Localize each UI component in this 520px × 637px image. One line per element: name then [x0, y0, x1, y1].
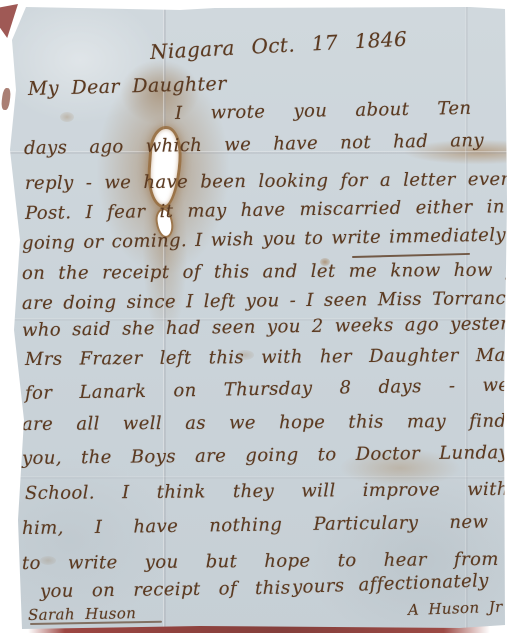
letter-line: reply - we have been looking for a lette… — [25, 169, 520, 194]
letter-line: days ago which we have not had any — [24, 130, 484, 159]
letter-line: are all well as we hope this may find — [22, 411, 506, 435]
letter-line: who said she had seen you 2 weeks ago ye… — [22, 313, 520, 341]
letter-line: for Lanark on Thursday 8 days - we — [25, 375, 510, 404]
salutation: My Dear Daughter — [28, 73, 227, 100]
letter-line: him, I have nothing Particulary new — [22, 511, 489, 539]
letter-line: to write you but hope to hear from — [22, 549, 499, 574]
letter-line: are doing since I left you - I seen Miss… — [22, 288, 517, 314]
red-backing-left-dash — [1, 88, 12, 111]
letter-line: you on receipt of this — [40, 578, 291, 602]
dateline: Niagara Oct. 17 1846 — [149, 27, 407, 64]
letter-line: I wrote you about Ten — [175, 98, 472, 124]
letter-line: on the receipt of this and let me know h… — [22, 259, 520, 284]
foxing-spot — [60, 112, 74, 122]
letter-line: School. I think they will improve with — [25, 479, 509, 504]
ink-underline-immediately — [352, 253, 470, 258]
photo-background: Niagara Oct. 17 1846 My Dear Daughter I … — [0, 0, 520, 637]
closing: yours affectionately — [292, 570, 490, 598]
letter-line: Mrs Frazer left this with her Daughter M… — [25, 345, 520, 370]
letter-line: going or coming. I wish you to write imm… — [22, 225, 506, 254]
letter-paper: Niagara Oct. 17 1846 My Dear Daughter I … — [0, 0, 520, 637]
letter-line: you, the Boys are going to Doctor Lunday… — [22, 442, 519, 469]
letter-line: Post. I fear it may have miscarried eith… — [25, 196, 505, 224]
author-signature: A Huson Jr — [408, 598, 503, 619]
